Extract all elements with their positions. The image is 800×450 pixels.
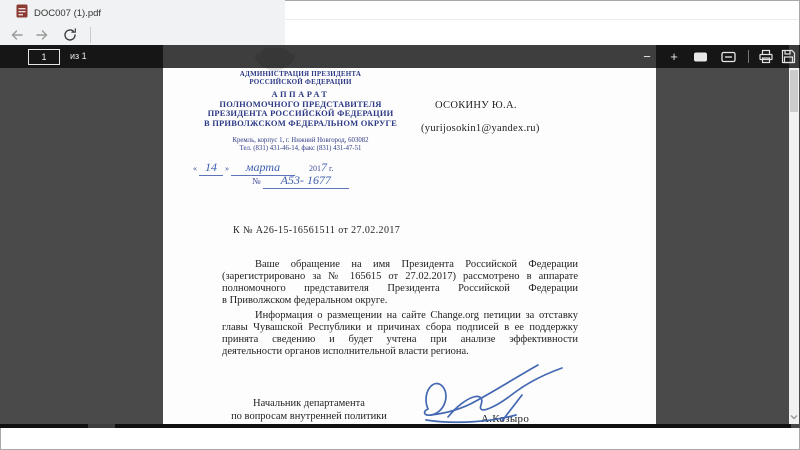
letterhead-line: АДМИНИСТРАЦИЯ ПРЕЗИДЕНТА [193, 70, 408, 78]
body-line: деятельности органов исполнительной влас… [222, 346, 578, 358]
zoom-in-button[interactable]: + [665, 48, 683, 65]
window-bottom-edge-gap [88, 424, 115, 428]
window-bottom-edge [0, 424, 791, 428]
body-line: в Приволжском федеральном округе. [222, 295, 578, 307]
fit-to-page-icon[interactable] [691, 48, 709, 65]
date-year-digit-handwritten: 7 [321, 160, 327, 174]
refresh-button[interactable] [61, 26, 79, 44]
document-page: АДМИНИСТРАЦИЯ ПРЕЗИДЕНТА РОССИЙСКОЙ ФЕДЕ… [163, 45, 656, 428]
scrollbar-down-icon[interactable] [789, 409, 799, 424]
letterhead-line: РОССИЙСКОЙ ФЕДЕРАЦИИ [193, 78, 408, 86]
body-line: (зарегистрировано за № 165615 от 27.02.2… [222, 271, 578, 283]
zoom-out-button[interactable]: − [638, 48, 656, 65]
chrome-divider [285, 19, 798, 20]
body-line: полномочного представителя Президента Ро… [222, 283, 578, 295]
number-value-handwritten: А53- 1677 [263, 173, 349, 189]
date-day-handwritten: 14 [199, 160, 223, 176]
body-line: принята сведению и будет учтена при анал… [222, 334, 578, 346]
date-year-printed: 201 [309, 164, 321, 173]
screenshot-root: DOC007 (1).pdf АДМИНИСТРАЦИЯ ПРЕЗИДЕНТА … [0, 0, 800, 450]
recipient-email: (yurijosokin1@yandex.ru) [421, 123, 540, 134]
body-line: Информация о размещении на сайте Change.… [222, 310, 578, 322]
pdf-tab[interactable]: DOC007 (1).pdf [16, 3, 101, 23]
pdf-toolbar: 1 из 1 − + [0, 45, 800, 68]
date-open-quote: « [193, 164, 197, 173]
body-line: Ваше обращение на имя Президента Российс… [222, 259, 578, 271]
signatory-title-line: по вопросам внутренней политики [229, 411, 389, 424]
print-icon[interactable] [757, 48, 775, 65]
letterhead: АДМИНИСТРАЦИЯ ПРЕЗИДЕНТА РОССИЙСКОЙ ФЕДЕ… [193, 68, 408, 152]
signatory-title: Начальник департамента по вопросам внутр… [229, 398, 389, 423]
letterhead-phone: Тел. (831) 431-46-14, факс (831) 431-47-… [193, 145, 408, 153]
page-count-label: из 1 [70, 51, 87, 61]
reference-line: К № А26-15-16561511 от 27.02.2017 [233, 225, 400, 236]
handwritten-signature [418, 363, 578, 430]
body-line: главы Чувашской Республики и причинах сб… [222, 322, 578, 334]
signatory-title-line: Начальник департамента [229, 398, 389, 411]
forward-button[interactable] [33, 26, 51, 44]
number-label: № [252, 176, 261, 186]
date-close-quote: » [225, 164, 229, 173]
tab-strip: DOC007 (1).pdf [0, 0, 285, 45]
save-icon[interactable] [779, 48, 797, 65]
letterhead-address: Кремль, корпус 1, г. Нижний Новгород, 60… [193, 137, 408, 145]
date-suffix: г. [329, 164, 333, 173]
outgoing-number-line: № А53- 1677 [252, 173, 349, 189]
body-paragraph-2: Информация о размещении на сайте Change.… [222, 310, 578, 358]
toolbar-separator [748, 50, 749, 63]
pdf-file-icon [16, 4, 28, 23]
nav-separator [90, 27, 91, 43]
page-number-input[interactable]: 1 [28, 49, 60, 65]
back-button[interactable] [8, 26, 26, 44]
body-paragraph-1: Ваше обращение на имя Президента Российс… [222, 259, 578, 307]
fit-to-width-icon[interactable] [719, 48, 737, 65]
scrollbar-thumb[interactable] [790, 70, 798, 112]
letterhead-line: В ПРИВОЛЖСКОМ ФЕДЕРАЛЬНОМ ОКРУГЕ [193, 119, 408, 129]
tab-title: DOC007 (1).pdf [34, 8, 101, 19]
recipient-name: ОСОКИНУ Ю.А. [435, 100, 517, 111]
